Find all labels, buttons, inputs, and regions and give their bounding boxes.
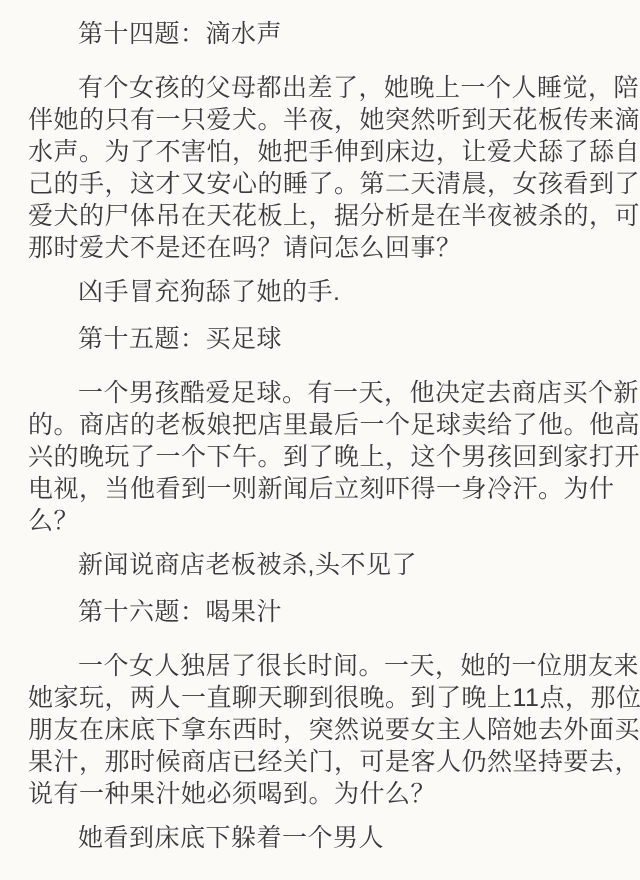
riddle-question-line: 么？ (28, 505, 614, 537)
riddle-question-line: 的。商店的老板娘把店里最后一个足球卖给了他。他高 (28, 409, 614, 441)
riddle-question: 有个女孩的父母都出差了，她晚上一个人睡觉，陪 伴她的只有一只爱犬。半夜，她突然听… (28, 72, 614, 264)
riddle-title: 第十四题：滴水声 (28, 18, 614, 50)
riddle-title: 第十六题：喝果汁 (28, 596, 614, 628)
riddle-question-line: 有个女孩的父母都出差了，她晚上一个人睡觉，陪 (28, 72, 614, 104)
riddle-question-line: 爱犬的尸体吊在天花板上，据分析是在半夜被杀的，可 (28, 200, 614, 232)
riddle-question: 一个女人独居了很长时间。一天，她的一位朋友来 她家玩，两人一直聊天聊到很晚。到了… (28, 650, 614, 810)
document-page: 第十四题：滴水声 有个女孩的父母都出差了，她晚上一个人睡觉，陪 伴她的只有一只爱… (0, 0, 640, 880)
riddle-question-line: 说有一种果汁她必须喝到。为什么？ (28, 778, 614, 810)
riddle-question-line: 己的手，这才又安心的睡了。第二天清晨，女孩看到了 (28, 168, 614, 200)
riddle-question: 一个男孩酷爱足球。有一天，他决定去商店买个新 的。商店的老板娘把店里最后一个足球… (28, 377, 614, 537)
riddle-section-14: 第十四题：滴水声 有个女孩的父母都出差了，她晚上一个人睡觉，陪 伴她的只有一只爱… (28, 18, 614, 308)
riddle-question-line: 一个男孩酷爱足球。有一天，他决定去商店买个新 (28, 377, 614, 409)
riddle-answer: 新闻说商店老板被杀,头不见了 (28, 549, 614, 581)
riddle-question-line: 伴她的只有一只爱犬。半夜，她突然听到天花板传来滴 (28, 104, 614, 136)
riddle-question-line: 她家玩，两人一直聊天聊到很晚。到了晚上11点，那位 (28, 682, 614, 714)
riddle-question-line: 那时爱犬不是还在吗？请问怎么回事？ (28, 232, 614, 264)
riddle-question-line: 兴的晚玩了一个下午。到了晚上，这个男孩回到家打开 (28, 441, 614, 473)
riddle-question-line: 果汁，那时候商店已经关门，可是客人仍然坚持要去， (28, 746, 614, 778)
riddle-question-line: 水声。为了不害怕，她把手伸到床边，让爱犬舔了舔自 (28, 136, 614, 168)
riddle-title: 第十五题：买足球 (28, 323, 614, 355)
riddle-answer: 凶手冒充狗舔了她的手. (28, 276, 614, 308)
riddle-question-line: 电视，当他看到一则新闻后立刻吓得一身冷汗。为什 (28, 473, 614, 505)
riddle-answer: 她看到床底下躲着一个男人 (28, 822, 614, 854)
riddle-section-16: 第十六题：喝果汁 一个女人独居了很长时间。一天，她的一位朋友来 她家玩，两人一直… (28, 596, 614, 854)
riddle-section-15: 第十五题：买足球 一个男孩酷爱足球。有一天，他决定去商店买个新 的。商店的老板娘… (28, 323, 614, 581)
riddle-question-line: 一个女人独居了很长时间。一天，她的一位朋友来 (28, 650, 614, 682)
riddle-question-line: 朋友在床底下拿东西时，突然说要女主人陪她去外面买 (28, 714, 614, 746)
